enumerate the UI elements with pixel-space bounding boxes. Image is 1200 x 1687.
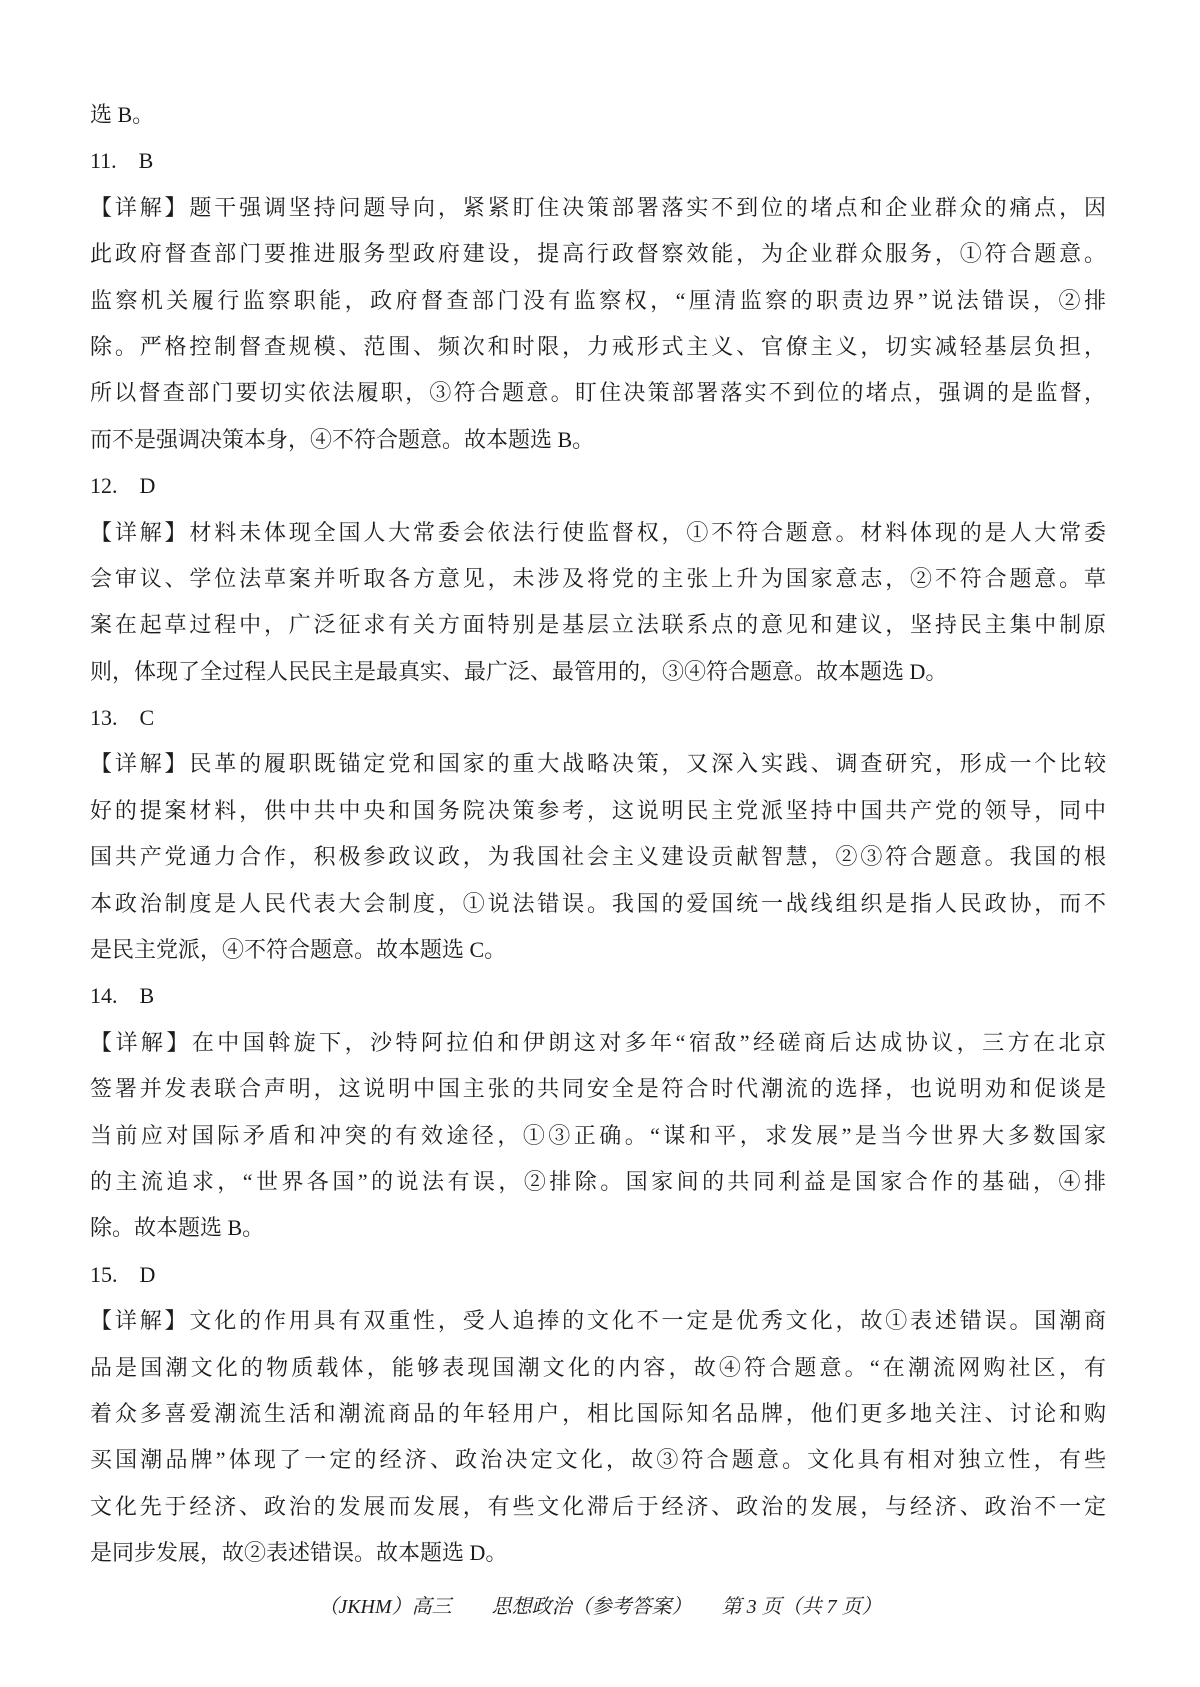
text-line: 当前应对国际矛盾和冲突的有效途径，①③正确。“谋和平，求发展”是当今世界大多数国…	[90, 1113, 1106, 1159]
text-line: 除。严格控制督查规模、范围、频次和时限，力戒形式主义、官僚主义，切实减轻基层负担…	[90, 324, 1106, 370]
text-line: 买国潮品牌”体现了一定的经济、政治决定文化，故③符合题意。文化具有相对独立性，有…	[90, 1437, 1106, 1483]
text-line: 【详解】在中国斡旋下，沙特阿拉伯和伊朗这对多年“宿敌”经磋商后达成协议，三方在北…	[90, 1020, 1106, 1066]
text-line: 【详解】文化的作用具有双重性，受人追捧的文化不一定是优秀文化，故①表述错误。国潮…	[90, 1298, 1106, 1344]
text-line: 此政府督查部门要推进服务型政府建设，提高行政督察效能，为企业群众服务，①符合题意…	[90, 231, 1106, 277]
text-line: 14. B	[90, 973, 1106, 1019]
text-line: 选 B。	[90, 92, 1106, 138]
answer-explanations: 选 B。11. B【详解】题干强调坚持问题导向，紧紧盯住决策部署落实不到位的堵点…	[90, 92, 1106, 1577]
text-line: 而不是强调决策本身，④不符合题意。故本题选 B。	[90, 417, 1106, 463]
text-line: 签署并发表联合声明，这说明中国主张的共同安全是符合时代潮流的选择，也说明劝和促谈…	[90, 1066, 1106, 1112]
document-page: 选 B。11. B【详解】题干强调坚持问题导向，紧紧盯住决策部署落实不到位的堵点…	[0, 0, 1200, 1687]
text-line: 是民主党派，④不符合题意。故本题选 C。	[90, 927, 1106, 973]
text-line: 12. D	[90, 463, 1106, 509]
text-line: 【详解】民革的履职既锚定党和国家的重大战略决策，又深入实践、调查研究，形成一个比…	[90, 741, 1106, 787]
text-line: 着众多喜爱潮流生活和潮流商品的年轻用户，相比国际知名品牌，他们更多地关注、讨论和…	[90, 1391, 1106, 1437]
text-line: 文化先于经济、政治的发展而发展，有些文化滞后于经济、政治的发展，与经济、政治不一…	[90, 1484, 1106, 1530]
text-line: 所以督查部门要切实依法履职，③符合题意。盯住决策部署落实不到位的堵点，强调的是监…	[90, 370, 1106, 416]
text-line: 国共产党通力合作，积极参政议政，为我国社会主义建设贡献智慧，②③符合题意。我国的…	[90, 834, 1106, 880]
text-line: 13. C	[90, 695, 1106, 741]
text-line: 【详解】材料未体现全国人大常委会依法行使监督权，①不符合题意。材料体现的是人大常…	[90, 510, 1106, 556]
text-line: 【详解】题干强调坚持问题导向，紧紧盯住决策部署落实不到位的堵点和企业群众的痛点，…	[90, 185, 1106, 231]
text-line: 会审议、学位法草案并听取各方意见，未涉及将党的主张上升为国家意志，②不符合题意。…	[90, 556, 1106, 602]
text-line: 11. B	[90, 138, 1106, 184]
text-line: 15. D	[90, 1252, 1106, 1298]
page-footer: （JKHM）高三 思想政治（参考答案） 第 3 页（共 7 页）	[0, 1592, 1200, 1622]
text-line: 好的提案材料，供中共中央和国务院决策参考，这说明民主党派坚持中国共产党的领导，同…	[90, 788, 1106, 834]
text-line: 品是国潮文化的物质载体，能够表现国潮文化的内容，故④符合题意。“在潮流网购社区，…	[90, 1345, 1106, 1391]
text-line: 的主流追求，“世界各国”的说法有误，②排除。国家间的共同利益是国家合作的基础，④…	[90, 1159, 1106, 1205]
text-line: 案在起草过程中，广泛征求有关方面特别是基层立法联系点的意见和建议，坚持民主集中制…	[90, 602, 1106, 648]
text-line: 是同步发展，故②表述错误。故本题选 D。	[90, 1530, 1106, 1576]
text-line: 除。故本题选 B。	[90, 1205, 1106, 1251]
text-line: 监察机关履行监察职能，政府督查部门没有监察权，“厘清监察的职责边界”说法错误，②…	[90, 278, 1106, 324]
text-line: 则，体现了全过程人民民主是最真实、最广泛、最管用的，③④符合题意。故本题选 D。	[90, 649, 1106, 695]
text-line: 本政治制度是人民代表大会制度，①说法错误。我国的爱国统一战线组织是指人民政协，而…	[90, 881, 1106, 927]
